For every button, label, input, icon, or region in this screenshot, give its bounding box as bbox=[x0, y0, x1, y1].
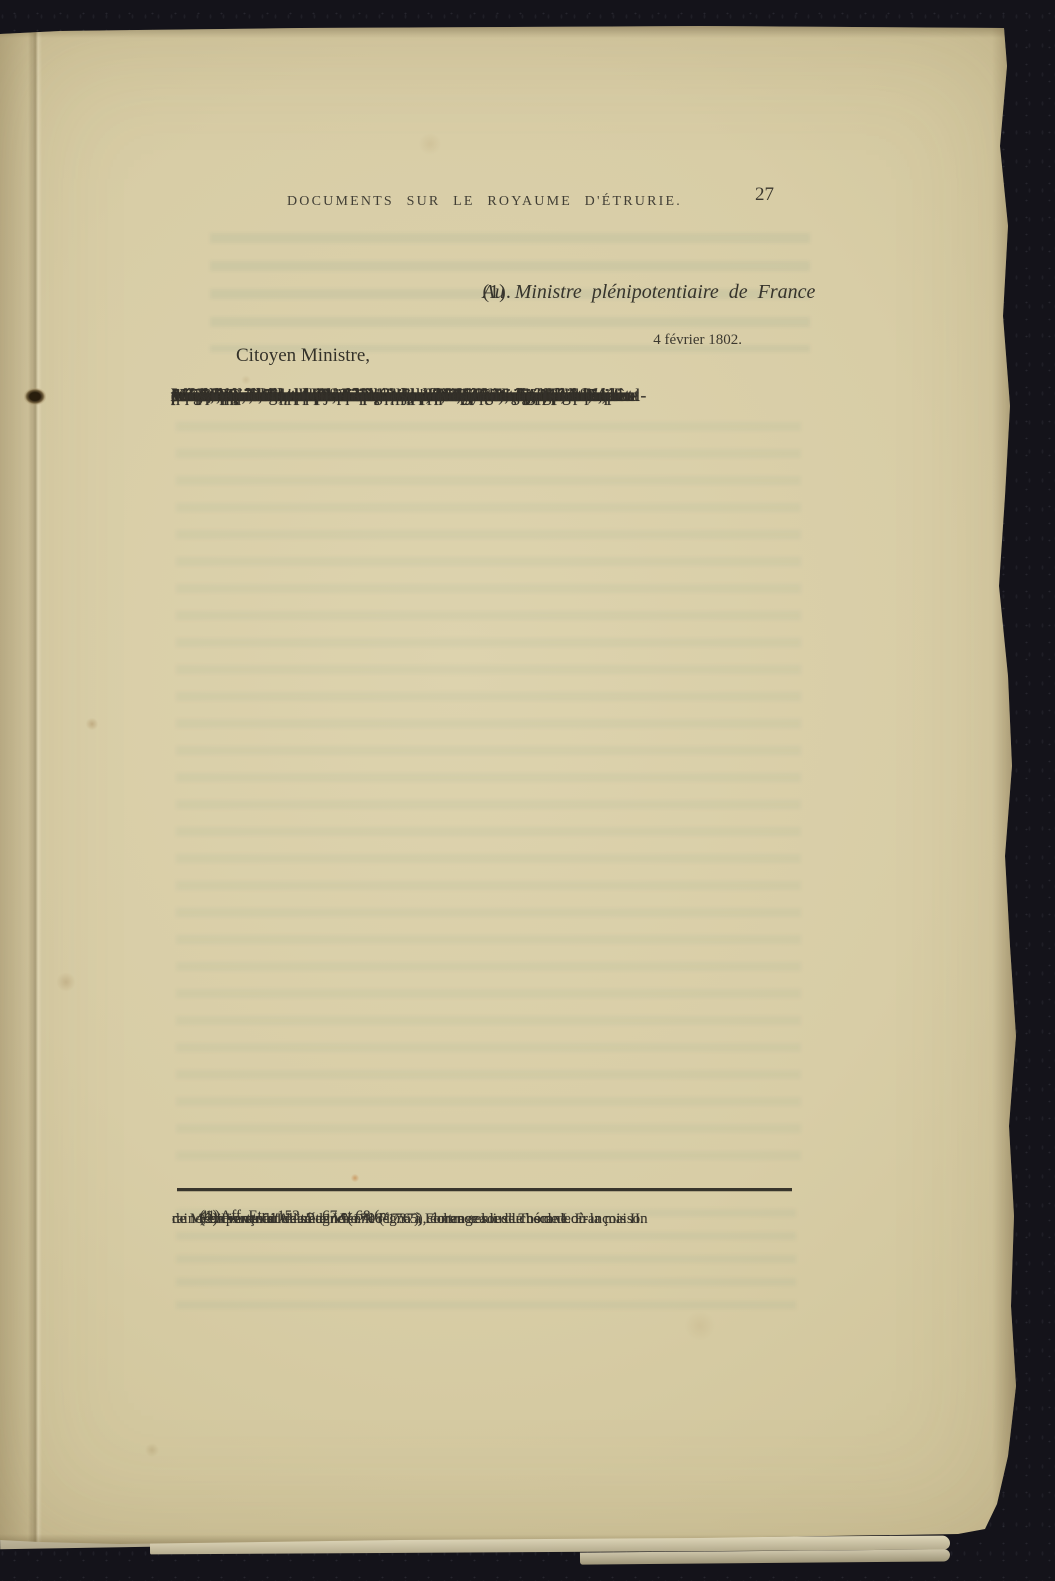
scan-background: DOCUMENTS SUR LE ROYAUME D'ÉTRURIE. 27 A… bbox=[0, 0, 1055, 1581]
gutter-crease bbox=[28, 26, 42, 1544]
text-segment: rares, on ordonna toujours de respecter … bbox=[171, 382, 611, 409]
letter-title-footnote-ref: (1). bbox=[483, 279, 511, 306]
footnotes: (1) Aff. Etr., 153, p. 67 et 68 (no 41).… bbox=[172, 1205, 793, 1208]
letter-title-text: Au Ministre plénipotentiaire de France bbox=[483, 279, 816, 306]
running-title: DOCUMENTS SUR LE ROYAUME D'ÉTRURIE. bbox=[287, 192, 682, 212]
page-number: 27 bbox=[755, 184, 774, 206]
text-segment: de Médicis venait de s'éteindre. Il régn… bbox=[172, 1208, 644, 1231]
salutation: Citoyen Ministre, bbox=[236, 345, 370, 367]
page-stack-edge bbox=[580, 1549, 950, 1564]
bleed-through-ghost bbox=[176, 412, 801, 1172]
foxing-stains bbox=[0, 26, 1020, 1544]
binding-hole bbox=[24, 388, 46, 405]
footnote-separator bbox=[177, 1188, 792, 1191]
page-vignette bbox=[0, 26, 1020, 1544]
page-fore-edge-shade bbox=[992, 26, 1020, 1544]
book-page: DOCUMENTS SUR LE ROYAUME D'ÉTRURIE. 27 A… bbox=[0, 26, 1020, 1544]
page-top-edge-shade bbox=[0, 26, 1020, 38]
